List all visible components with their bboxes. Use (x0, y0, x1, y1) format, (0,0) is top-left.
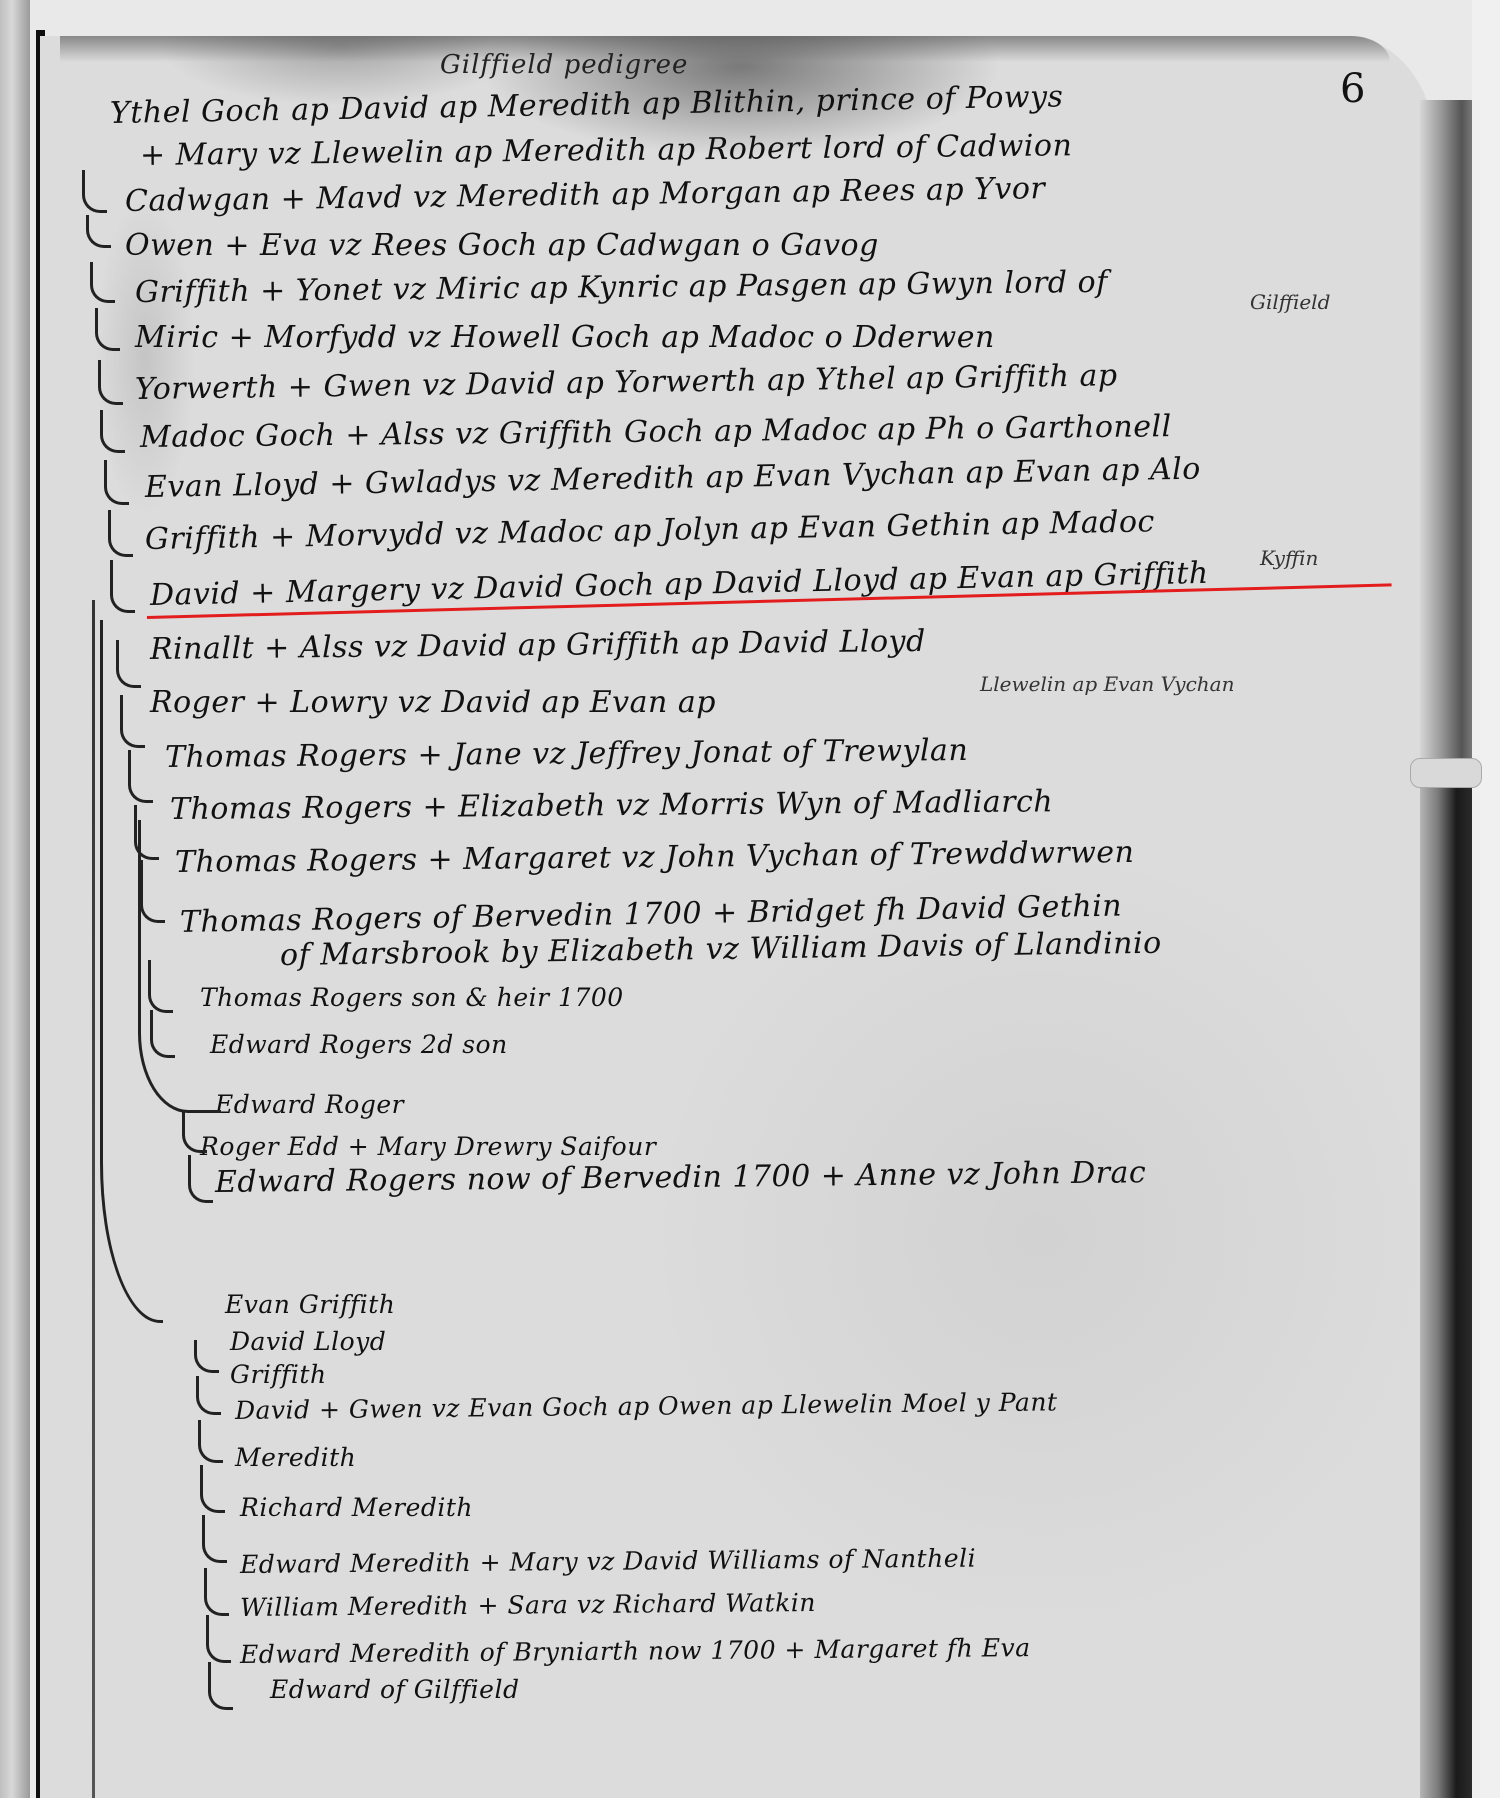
scan-left-margin (0, 0, 30, 1798)
book-binding-edge-top (1420, 100, 1472, 760)
page-top-stain (60, 36, 1390, 62)
pedigree-line: Edward Rogers 2d son (210, 1030, 508, 1059)
interlinear-note: Kyffin (1260, 546, 1318, 570)
pedigree-descent-line (138, 820, 221, 1113)
pedigree-bracket (100, 410, 125, 453)
pedigree-bracket (206, 1615, 231, 1663)
pedigree-bracket (108, 510, 133, 557)
pedigree-bracket (188, 1155, 213, 1203)
pedigree-bracket (82, 170, 107, 213)
pedigree-bracket (200, 1465, 225, 1513)
pedigree-line: Miric + Morfydd vz Howell Goch ap Madoc … (135, 320, 995, 355)
scan-right-margin (1472, 0, 1500, 1798)
pedigree-line: Edward of Gilffield (270, 1675, 519, 1704)
pedigree-line: Owen + Eva vz Rees Goch ap Cadwgan o Gav… (125, 228, 879, 263)
pedigree-bracket (204, 1568, 229, 1616)
page-ruled-margin-line (92, 600, 95, 1798)
pedigree-line: Roger + Lowry vz David ap Evan ap (150, 685, 716, 720)
pedigree-line: Roger Edd + Mary Drewry Saifour (200, 1132, 656, 1161)
pedigree-bracket (98, 360, 123, 405)
page-number: 6 (1340, 66, 1365, 112)
pedigree-line: William Meredith + Sara vz Richard Watki… (240, 1588, 816, 1622)
pedigree-bracket (182, 1110, 207, 1153)
pedigree-bracket (104, 460, 129, 505)
pedigree-bracket (90, 262, 115, 303)
binding-strip (1410, 758, 1482, 788)
pedigree-bracket (196, 1376, 221, 1415)
pedigree-bracket (208, 1662, 233, 1710)
pedigree-line: Thomas Rogers + Jane vz Jeffrey Jonat of… (165, 733, 968, 775)
pedigree-line: Thomas Rogers son & heir 1700 (200, 983, 624, 1012)
pedigree-line: Griffith (230, 1360, 327, 1389)
pedigree-line: Edward Roger (215, 1090, 404, 1119)
interlinear-note: Gilffield (1250, 290, 1330, 314)
pedigree-line: Evan Griffith (225, 1290, 395, 1319)
page-header: Gilffield pedigree (440, 50, 688, 80)
pedigree-line: Richard Meredith (240, 1493, 473, 1522)
pedigree-bracket (198, 1420, 223, 1463)
pedigree-bracket (95, 308, 120, 351)
pedigree-bracket (202, 1515, 227, 1563)
pedigree-line: David Lloyd (230, 1327, 386, 1356)
interlinear-note: Llewelin ap Evan Vychan (980, 672, 1234, 696)
pedigree-bracket (110, 560, 135, 613)
pedigree-line: Meredith (235, 1443, 356, 1472)
